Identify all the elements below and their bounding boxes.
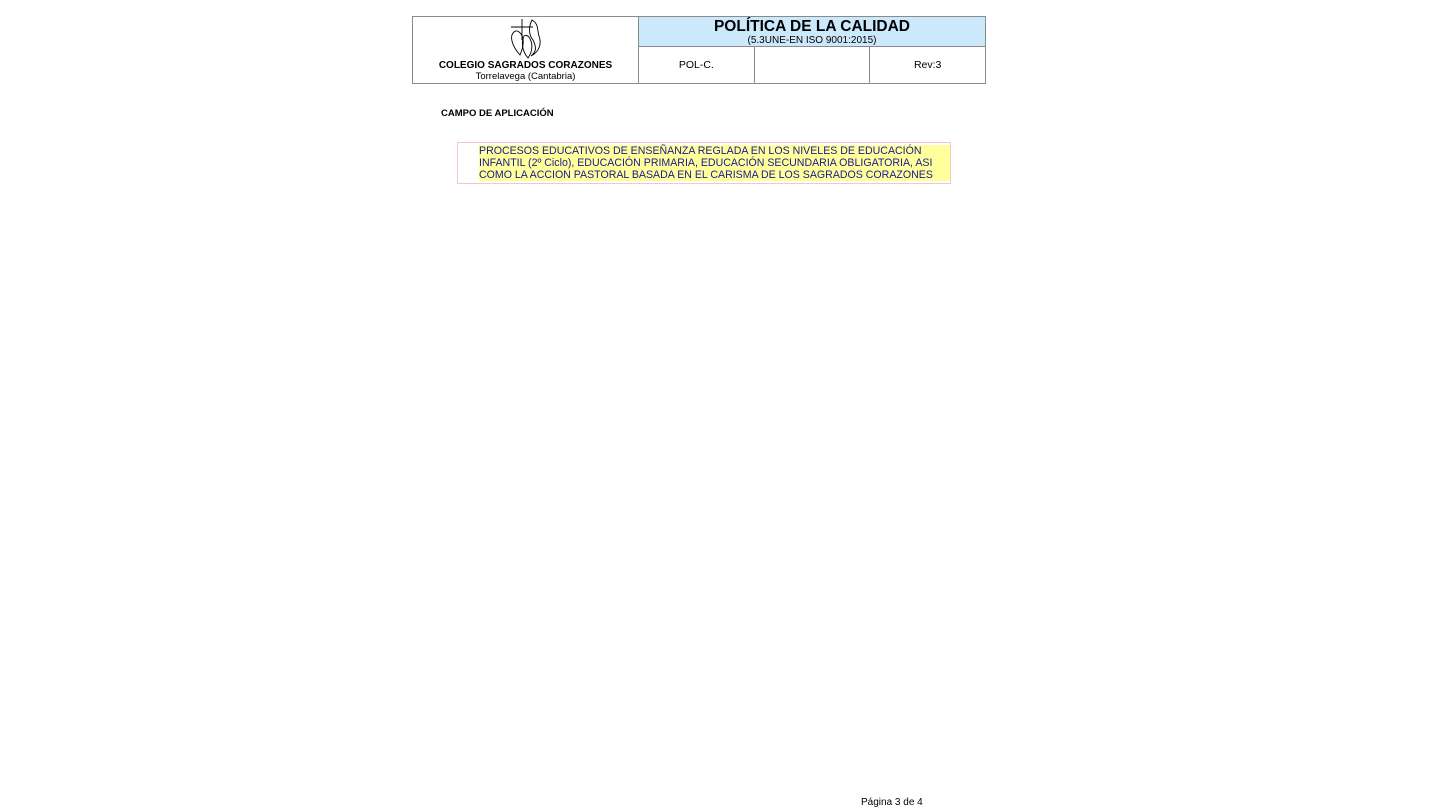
school-identity-cell: COLEGIO SAGRADOS CORAZONES Torrelavega (… xyxy=(413,17,639,84)
document-middle-field xyxy=(754,47,870,84)
document-header-table: COLEGIO SAGRADOS CORAZONES Torrelavega (… xyxy=(412,16,986,84)
document-page: COLEGIO SAGRADOS CORAZONES Torrelavega (… xyxy=(0,0,1440,810)
document-revision: Rev:3 xyxy=(870,47,986,84)
document-code: POL-C. xyxy=(639,47,755,84)
school-logo-icon xyxy=(509,18,543,60)
document-title-cell: POLÍTICA DE LA CALIDAD (5.3UNE-EN ISO 90… xyxy=(639,17,986,47)
scope-box: PROCESOS EDUCATIVOS DE ENSEÑANZA REGLADA… xyxy=(457,142,951,184)
school-location: Torrelavega (Cantabria) xyxy=(413,71,638,82)
document-standard: (5.3UNE-EN ISO 9001:2015) xyxy=(639,35,985,46)
document-title: POLÍTICA DE LA CALIDAD xyxy=(639,19,985,35)
scope-text: PROCESOS EDUCATIVOS DE ENSEÑANZA REGLADA… xyxy=(479,145,950,181)
scope-line: INFANTIL (2º Ciclo), EDUCACIÓN PRIMARIA,… xyxy=(479,157,950,169)
scope-line: COMO LA ACCION PASTORAL BASADA EN EL CAR… xyxy=(479,169,950,181)
page-number: Página 3 de 4 xyxy=(861,797,923,808)
section-heading: CAMPO DE APLICACIÓN xyxy=(441,108,554,119)
scope-line: PROCESOS EDUCATIVOS DE ENSEÑANZA REGLADA… xyxy=(479,145,950,157)
school-name: COLEGIO SAGRADOS CORAZONES xyxy=(413,60,638,71)
